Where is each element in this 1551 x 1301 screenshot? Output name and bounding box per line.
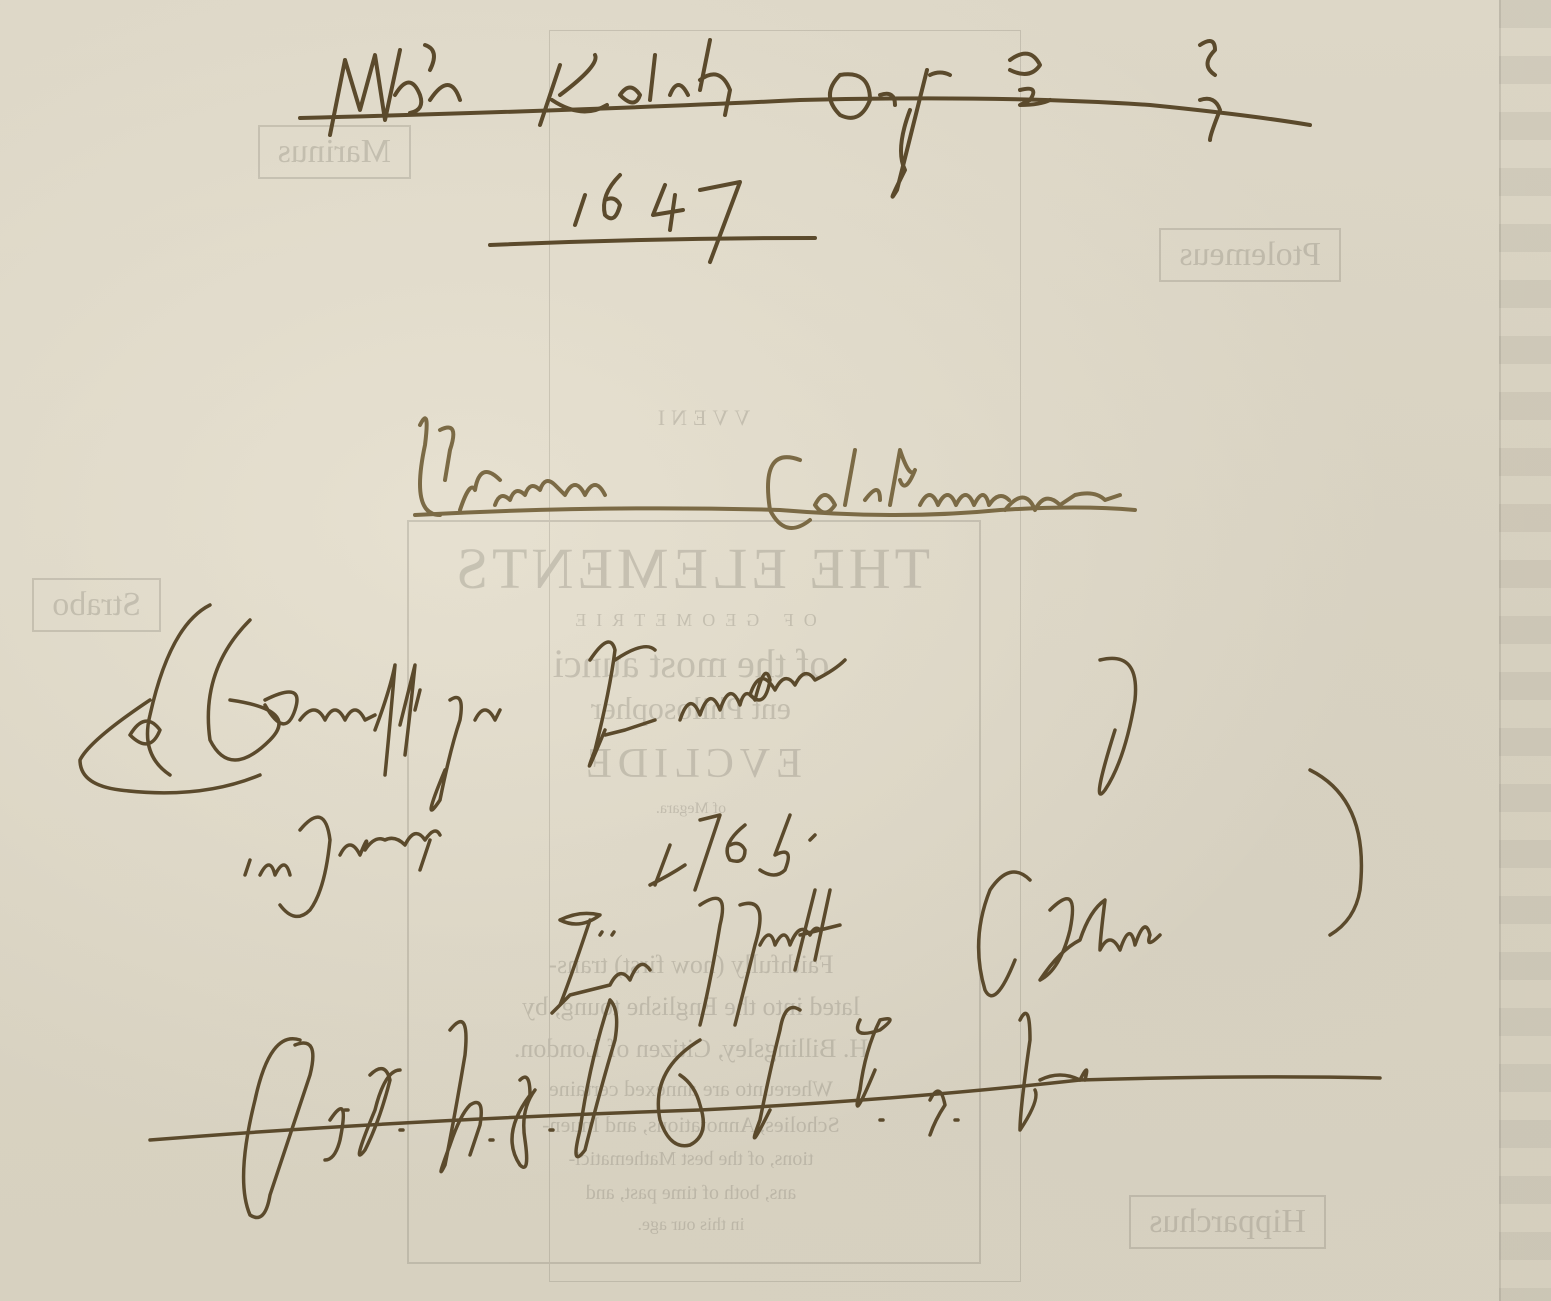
inscriptions: Wm Keith Oct 2 6 1647 William Colburne E… bbox=[0, 0, 1551, 1301]
inscription-line6 bbox=[552, 770, 1361, 1025]
inscription-line7 bbox=[150, 1000, 1380, 1218]
